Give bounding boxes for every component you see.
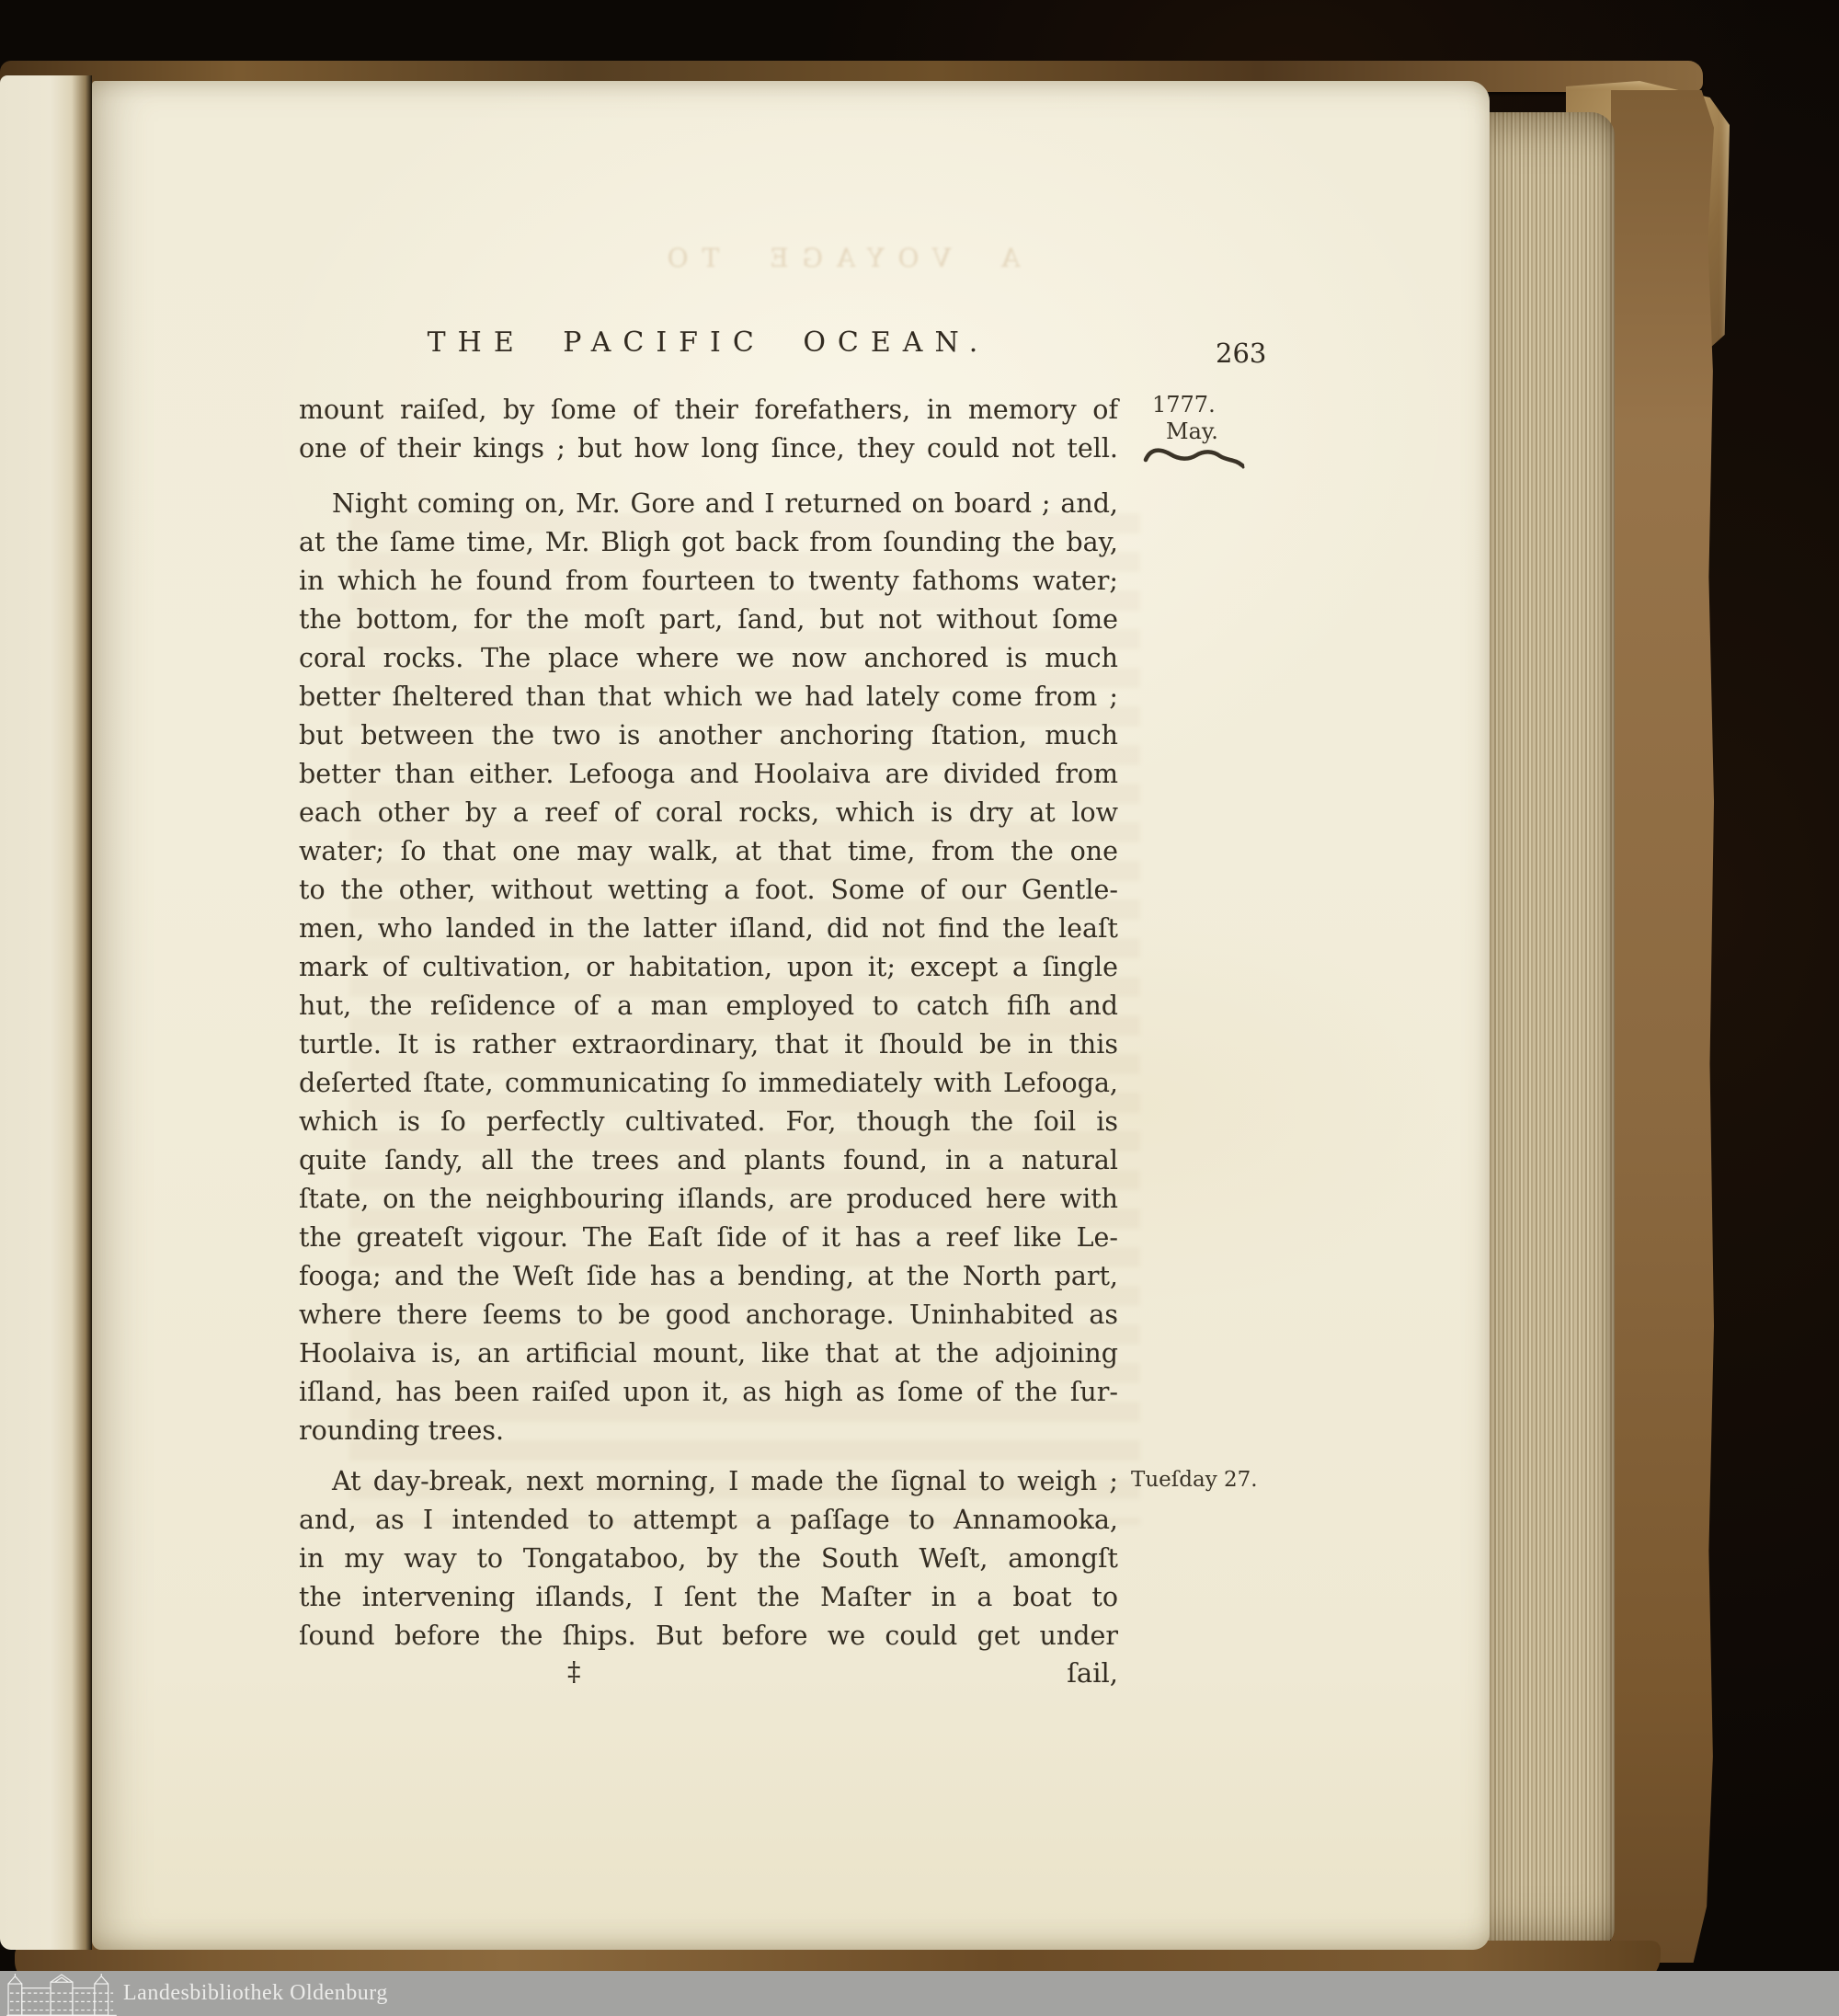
paragraph: mount raiſed, by ſome of their forefathe… <box>299 391 1118 468</box>
signature-mark: ‡ <box>567 1655 581 1687</box>
text-line: ſtate, on the neighbouring iſlands, are … <box>299 1180 1118 1219</box>
show-through-text: A VOYAGE TO <box>552 243 1122 273</box>
margin-note-year: 1777. <box>1152 392 1216 418</box>
library-building-icon <box>6 1974 118 2016</box>
text-line: in my way to Tongataboo, by the South We… <box>299 1540 1118 1578</box>
text-line: Night coming on, Mr. Gore and I returned… <box>299 485 1118 523</box>
facing-page-sliver <box>0 75 92 1950</box>
text-line: better ſheltered than that which we had … <box>299 678 1118 716</box>
library-name-label: Landesbibliothek Oldenburg <box>123 1971 388 2016</box>
text-line: mark of cultivation, or habitation, upon… <box>299 948 1118 987</box>
text-line: the intervening iſlands, I ſent the Maſt… <box>299 1578 1118 1617</box>
text-line: rounding trees. <box>299 1412 1118 1450</box>
text-line: in which he found from fourteen to twent… <box>299 562 1118 601</box>
running-header: THE PACIFIC OCEAN. <box>299 326 1118 359</box>
text-line: better than either. Lefooga and Hoolaiva… <box>299 755 1118 794</box>
signature-row: ‡ ſail, <box>299 1655 1118 1696</box>
page-number: 263 <box>1216 338 1266 369</box>
text-line: where there ſeems to be good anchorage. … <box>299 1296 1118 1334</box>
library-watermark-bar: Landesbibliothek Oldenburg <box>0 1971 1839 2016</box>
text-line: water; ſo that one may walk, at that tim… <box>299 832 1118 871</box>
text-line: quite ſandy, all the trees and plants fo… <box>299 1141 1118 1180</box>
text-line: mount raiſed, by ſome of their forefathe… <box>299 391 1118 430</box>
catchword: ſail, <box>1067 1657 1118 1689</box>
book-page: A VOYAGE TO THE PACIFIC OCEAN. 263 1777.… <box>92 81 1490 1950</box>
text-line: the bottom, for the moſt part, ſand, but… <box>299 601 1118 639</box>
margin-brace-flourish <box>1143 445 1246 471</box>
text-block: mount raiſed, by ſome of their forefathe… <box>299 391 1118 1655</box>
text-line: coral rocks. The place where we now anch… <box>299 639 1118 678</box>
text-line: men, who landed in the latter iſland, di… <box>299 910 1118 948</box>
text-line: but between the two is another anchoring… <box>299 716 1118 755</box>
text-line: each other by a reef of coral rocks, whi… <box>299 794 1118 832</box>
text-line: and, as I intended to attempt a paſſage … <box>299 1501 1118 1540</box>
text-line: ſound before the ſhips. But before we co… <box>299 1617 1118 1655</box>
text-line: fooga; and the Weſt ſide has a bending, … <box>299 1257 1118 1296</box>
text-line: At day-break, next morning, I made the ſ… <box>299 1462 1118 1501</box>
text-line: the greateſt vigour. The Eaſt ſide of it… <box>299 1219 1118 1257</box>
book-scan-photo: A VOYAGE TO THE PACIFIC OCEAN. 263 1777.… <box>0 0 1839 2016</box>
paragraph: At day-break, next morning, I made the ſ… <box>299 1462 1118 1655</box>
text-line: deſerted ſtate, communicating ſo immedia… <box>299 1064 1118 1103</box>
text-line: iſland, has been raiſed upon it, as high… <box>299 1373 1118 1412</box>
leather-cover-edge <box>1611 90 1714 1963</box>
text-line: at the ſame time, Mr. Bligh got back fro… <box>299 523 1118 562</box>
text-line: hut, the reſidence of a man employed to … <box>299 987 1118 1025</box>
text-line: to the other, without wetting a foot. So… <box>299 871 1118 910</box>
text-line: turtle. It is rather extraordinary, that… <box>299 1025 1118 1064</box>
margin-note-month: May. <box>1166 418 1218 444</box>
paragraph: Night coming on, Mr. Gore and I returned… <box>299 485 1118 1450</box>
text-line: Hoolaiva is, an artificial mount, like t… <box>299 1334 1118 1373</box>
page-fore-edge-stack <box>1488 112 1615 1948</box>
text-line: which is ſo perfectly cultivated. For, t… <box>299 1103 1118 1141</box>
text-line: one of their kings ; but how long ſince,… <box>299 430 1118 468</box>
margin-note-day: Tueſday 27. <box>1131 1468 1258 1492</box>
